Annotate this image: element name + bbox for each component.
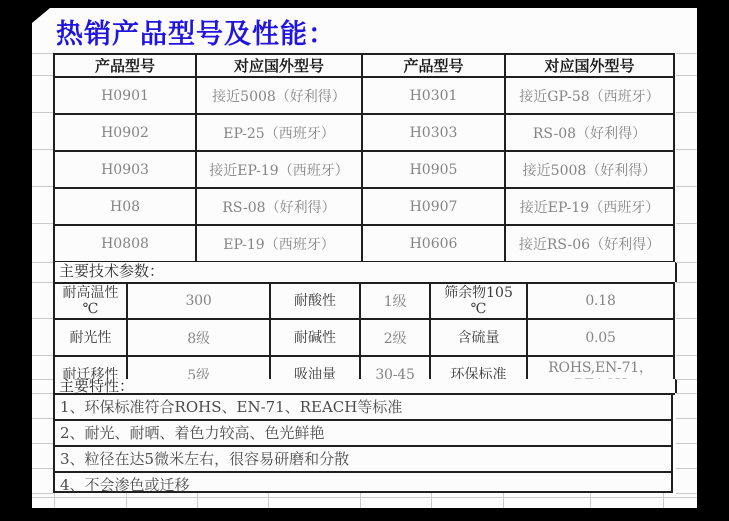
tech-params-table-body: 耐高温性 ℃300耐酸性1级筛余物105 ℃0.18耐光性8级耐碱性2级含硫量0… xyxy=(54,283,674,394)
gridline xyxy=(54,493,55,508)
product-table: 产品型号对应国外型号产品型号对应国外型号 H0901接近5008（好利得）H03… xyxy=(53,53,675,263)
gridline xyxy=(676,393,697,394)
gridline xyxy=(32,468,53,469)
features-list: 1、环保标准符合ROHS、EN-71、REACH等标准2、耐光、耐晒、着色力较高… xyxy=(53,393,673,493)
tech-param-value-cell: 8级 xyxy=(127,319,270,356)
features-section-label: 主要特性： xyxy=(53,379,677,393)
gridline xyxy=(32,393,53,394)
product-table-header: 产品型号对应国外型号产品型号对应国外型号 xyxy=(54,54,674,77)
feature-item: 3、粒径在达5微米左右，很容易研磨和分散 xyxy=(55,445,671,471)
foreign-model-cell: 接近EP-19（西班牙） xyxy=(505,188,674,225)
product-model-cell: H0901 xyxy=(54,77,196,114)
tech-param-label-cell: 耐光性 xyxy=(54,319,127,356)
gridline xyxy=(676,282,697,283)
tech-param-label-cell: 耐碱性 xyxy=(270,319,360,356)
feature-item: 2、耐光、耐晒、着色力较高、色光鲜艳 xyxy=(55,419,671,445)
product-model-cell: H0903 xyxy=(54,151,196,188)
product-model-cell: H0907 xyxy=(362,188,505,225)
tech-param-value-cell: 1级 xyxy=(360,283,430,319)
gridline xyxy=(676,186,697,187)
column-header-cell: 对应国外型号 xyxy=(196,54,362,77)
tech-param-label-cell: 筛余物105 ℃ xyxy=(430,283,527,319)
gridline xyxy=(32,355,53,356)
product-model-cell: H0301 xyxy=(362,77,505,114)
product-table-row: H0903接近EP-19（西班牙）H0905接近5008（好利得） xyxy=(54,151,674,188)
tech-param-value-cell: 0.18 xyxy=(527,283,674,319)
gridline xyxy=(197,493,198,508)
gridline xyxy=(503,493,504,508)
foreign-model-cell: 接近RS-06（好利得） xyxy=(505,225,674,262)
gridline xyxy=(32,262,53,263)
tech-param-value-cell: 2级 xyxy=(360,319,430,356)
tech-param-label-cell: 含硫量 xyxy=(430,319,527,356)
gridline xyxy=(676,443,697,444)
foreign-model-cell: RS-08（好利得） xyxy=(196,188,362,225)
gridline xyxy=(676,493,697,494)
tech-param-label-cell: 耐酸性 xyxy=(270,283,360,319)
product-table-row: H0901接近5008（好利得）H0301接近GP-58（西班牙） xyxy=(54,77,674,114)
foreign-model-cell: 接近5008（好利得） xyxy=(505,151,674,188)
product-table-row: H0902EP-25（西班牙）H0303RS-08（好利得） xyxy=(54,114,674,151)
gridline xyxy=(32,223,53,224)
foreign-model-cell: EP-25（西班牙） xyxy=(196,114,362,151)
gridline xyxy=(32,75,53,76)
column-header-cell: 对应国外型号 xyxy=(505,54,674,77)
gridline xyxy=(676,418,697,419)
tech-params-row: 耐光性8级耐碱性2级含硫量0.05 xyxy=(54,319,674,356)
tech-param-value-cell: 300 xyxy=(127,283,270,319)
gridline xyxy=(676,262,697,263)
tech-param-label-cell: 耐高温性 ℃ xyxy=(54,283,127,319)
gridline xyxy=(126,493,127,508)
gridline xyxy=(676,355,697,356)
product-model-cell: H0905 xyxy=(362,151,505,188)
page-title: 热销产品型号及性能： xyxy=(56,12,336,51)
gridline xyxy=(32,112,53,113)
column-header-cell: 产品型号 xyxy=(362,54,505,77)
foreign-model-cell: 接近GP-58（西班牙） xyxy=(505,77,674,114)
gridline xyxy=(431,493,432,508)
gridline xyxy=(32,53,53,54)
feature-item: 1、环保标准符合ROHS、EN-71、REACH等标准 xyxy=(55,395,671,419)
screenshot-canvas: 热销产品型号及性能： 产品型号对应国外型号产品型号对应国外型号 H0901接近5… xyxy=(0,0,729,521)
gridline xyxy=(676,379,697,380)
gridline xyxy=(676,318,697,319)
tech-params-row: 耐高温性 ℃300耐酸性1级筛余物105 ℃0.18 xyxy=(54,283,674,319)
gridline xyxy=(676,112,697,113)
product-model-cell: H0902 xyxy=(54,114,196,151)
gridline xyxy=(360,493,361,508)
gridline xyxy=(32,282,53,283)
product-table-header-row: 产品型号对应国外型号产品型号对应国外型号 xyxy=(54,54,674,77)
spreadsheet-area: 热销产品型号及性能： 产品型号对应国外型号产品型号对应国外型号 H0901接近5… xyxy=(32,8,697,508)
gridline xyxy=(676,468,697,469)
gridline xyxy=(32,497,697,498)
product-table-row: H0808EP-19（西班牙）H0606接近RS-06（好利得） xyxy=(54,225,674,262)
gridline xyxy=(32,418,53,419)
gridline xyxy=(676,149,697,150)
tech-section-label: 主要技术参数： xyxy=(53,262,677,282)
corner-decoration xyxy=(32,8,50,23)
gridline xyxy=(32,318,53,319)
gridline xyxy=(676,53,697,54)
gridline xyxy=(32,149,53,150)
product-model-cell: H0303 xyxy=(362,114,505,151)
gridline xyxy=(663,493,664,508)
product-table-body: H0901接近5008（好利得）H0301接近GP-58（西班牙）H0902EP… xyxy=(54,77,674,262)
gridline xyxy=(676,223,697,224)
product-table-row: H08RS-08（好利得）H0907接近EP-19（西班牙） xyxy=(54,188,674,225)
gridline xyxy=(590,493,591,508)
gridline xyxy=(268,493,269,508)
foreign-model-cell: EP-19（西班牙） xyxy=(196,225,362,262)
tech-param-value-cell: 0.05 xyxy=(527,319,674,356)
product-model-cell: H08 xyxy=(54,188,196,225)
gridline xyxy=(32,443,53,444)
foreign-model-cell: 接近5008（好利得） xyxy=(196,77,362,114)
foreign-model-cell: 接近EP-19（西班牙） xyxy=(196,151,362,188)
product-model-cell: H0808 xyxy=(54,225,196,262)
gridline xyxy=(676,75,697,76)
foreign-model-cell: RS-08（好利得） xyxy=(505,114,674,151)
gridline xyxy=(32,186,53,187)
product-model-cell: H0606 xyxy=(362,225,505,262)
feature-item: 4、不会渗色或迁移 xyxy=(55,471,671,497)
gridline xyxy=(32,379,53,380)
column-header-cell: 产品型号 xyxy=(54,54,196,77)
gridline xyxy=(32,493,53,494)
